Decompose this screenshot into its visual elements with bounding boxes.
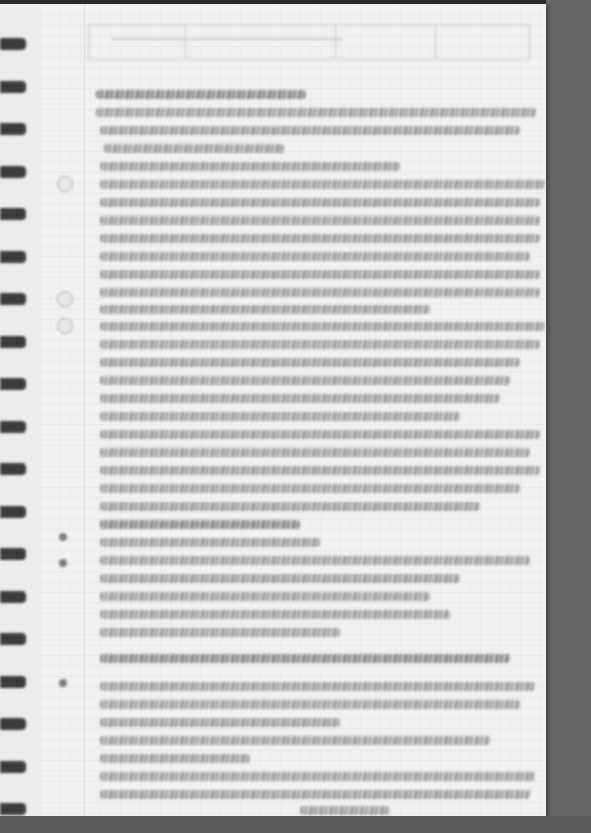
notebook-page: [illegible handwritten heading][illegibl… bbox=[0, 4, 546, 816]
spiral-ring bbox=[0, 803, 26, 815]
handwritten-line: [illegible handwriting] bbox=[100, 305, 430, 314]
spiral-ring bbox=[0, 676, 26, 688]
spiral-ring bbox=[0, 378, 26, 390]
handwritten-line: [illegible handwriting] bbox=[100, 412, 460, 421]
handwritten-heading: [illegible handwritten heading] bbox=[100, 520, 300, 529]
handwritten-line: [illegible handwriting] bbox=[100, 790, 530, 799]
handwritten-line: [illegible handwriting] bbox=[100, 718, 340, 727]
handwritten-line: [illegible handwriting] bbox=[100, 754, 250, 763]
punch-hole bbox=[57, 291, 73, 307]
handwritten-line: [illegible handwriting] bbox=[100, 628, 340, 637]
handwritten-line: [illegible handwriting] bbox=[100, 466, 540, 475]
desk-background bbox=[546, 0, 591, 833]
bullet-dot bbox=[59, 533, 67, 541]
handwritten-line: [illegible handwriting] bbox=[100, 682, 535, 691]
header-cell bbox=[185, 25, 336, 59]
handwritten-line: [illegible handwriting] bbox=[104, 144, 284, 153]
spiral-ring bbox=[0, 336, 26, 348]
header-underline bbox=[112, 38, 342, 40]
bullet-dot bbox=[59, 559, 67, 567]
handwritten-line: [illegible handwriting] bbox=[100, 574, 460, 583]
punch-hole bbox=[57, 176, 73, 192]
bullet-dot bbox=[59, 679, 67, 687]
handwritten-line: [illegible handwriting] bbox=[300, 806, 390, 815]
handwritten-line: [illegible handwriting] bbox=[100, 162, 400, 171]
photo-bottom-edge bbox=[0, 816, 591, 833]
spiral-ring bbox=[0, 251, 26, 263]
handwritten-line: [illegible handwriting] bbox=[100, 556, 530, 565]
header-cell bbox=[435, 25, 529, 59]
handwritten-line: [illegible handwriting] bbox=[100, 216, 540, 225]
spiral-ring bbox=[0, 293, 26, 305]
handwritten-line: [illegible handwriting] bbox=[100, 610, 450, 619]
handwritten-line: [illegible handwriting] bbox=[100, 448, 530, 457]
spiral-ring bbox=[0, 463, 26, 475]
handwritten-line: [illegible handwriting] bbox=[100, 288, 540, 297]
handwritten-line: [illegible handwriting] bbox=[100, 700, 520, 709]
handwritten-line: [illegible handwriting] bbox=[100, 180, 545, 189]
handwritten-line: [illegible handwriting] bbox=[100, 252, 530, 261]
handwritten-line: [illegible handwriting] bbox=[100, 126, 520, 135]
spiral-ring bbox=[0, 166, 26, 178]
spiral-ring bbox=[0, 421, 26, 433]
spiral-ring bbox=[0, 38, 26, 50]
punch-hole bbox=[57, 318, 73, 334]
spiral-ring bbox=[0, 633, 26, 645]
header-cell bbox=[89, 25, 186, 59]
spiral-ring bbox=[0, 123, 26, 135]
header-cell bbox=[335, 25, 436, 59]
handwritten-line: [illegible handwriting] bbox=[96, 108, 536, 117]
spiral-ring bbox=[0, 81, 26, 93]
handwritten-line: [illegible handwriting] bbox=[100, 538, 320, 547]
handwritten-line: [illegible handwriting] bbox=[100, 322, 545, 331]
header-box bbox=[88, 24, 530, 60]
spiral-ring bbox=[0, 208, 26, 220]
handwritten-line: [illegible handwriting] bbox=[100, 592, 430, 601]
handwritten-line: [illegible handwriting] bbox=[100, 772, 535, 781]
margin-line bbox=[84, 4, 85, 816]
handwritten-line: [illegible handwriting] bbox=[100, 340, 540, 349]
handwritten-line: [illegible handwriting] bbox=[100, 270, 540, 279]
spiral-ring bbox=[0, 506, 26, 518]
spiral-ring bbox=[0, 548, 26, 560]
handwritten-line: [illegible handwriting] bbox=[100, 394, 500, 403]
handwritten-line: [illegible handwriting] bbox=[100, 502, 480, 511]
handwritten-line: [illegible handwriting] bbox=[100, 430, 540, 439]
handwritten-line: [illegible handwriting] bbox=[100, 198, 540, 207]
handwritten-heading: [illegible handwritten heading] bbox=[100, 654, 510, 663]
handwritten-line: [illegible handwriting] bbox=[100, 234, 540, 243]
spiral-ring bbox=[0, 718, 26, 730]
spiral-ring bbox=[0, 591, 26, 603]
handwritten-line: [illegible handwriting] bbox=[100, 376, 510, 385]
handwritten-line: [illegible handwriting] bbox=[100, 484, 520, 493]
handwritten-line: [illegible handwriting] bbox=[100, 736, 490, 745]
spiral-ring bbox=[0, 761, 26, 773]
handwritten-line: [illegible handwriting] bbox=[100, 358, 520, 367]
handwritten-heading: [illegible handwritten heading] bbox=[96, 90, 306, 99]
